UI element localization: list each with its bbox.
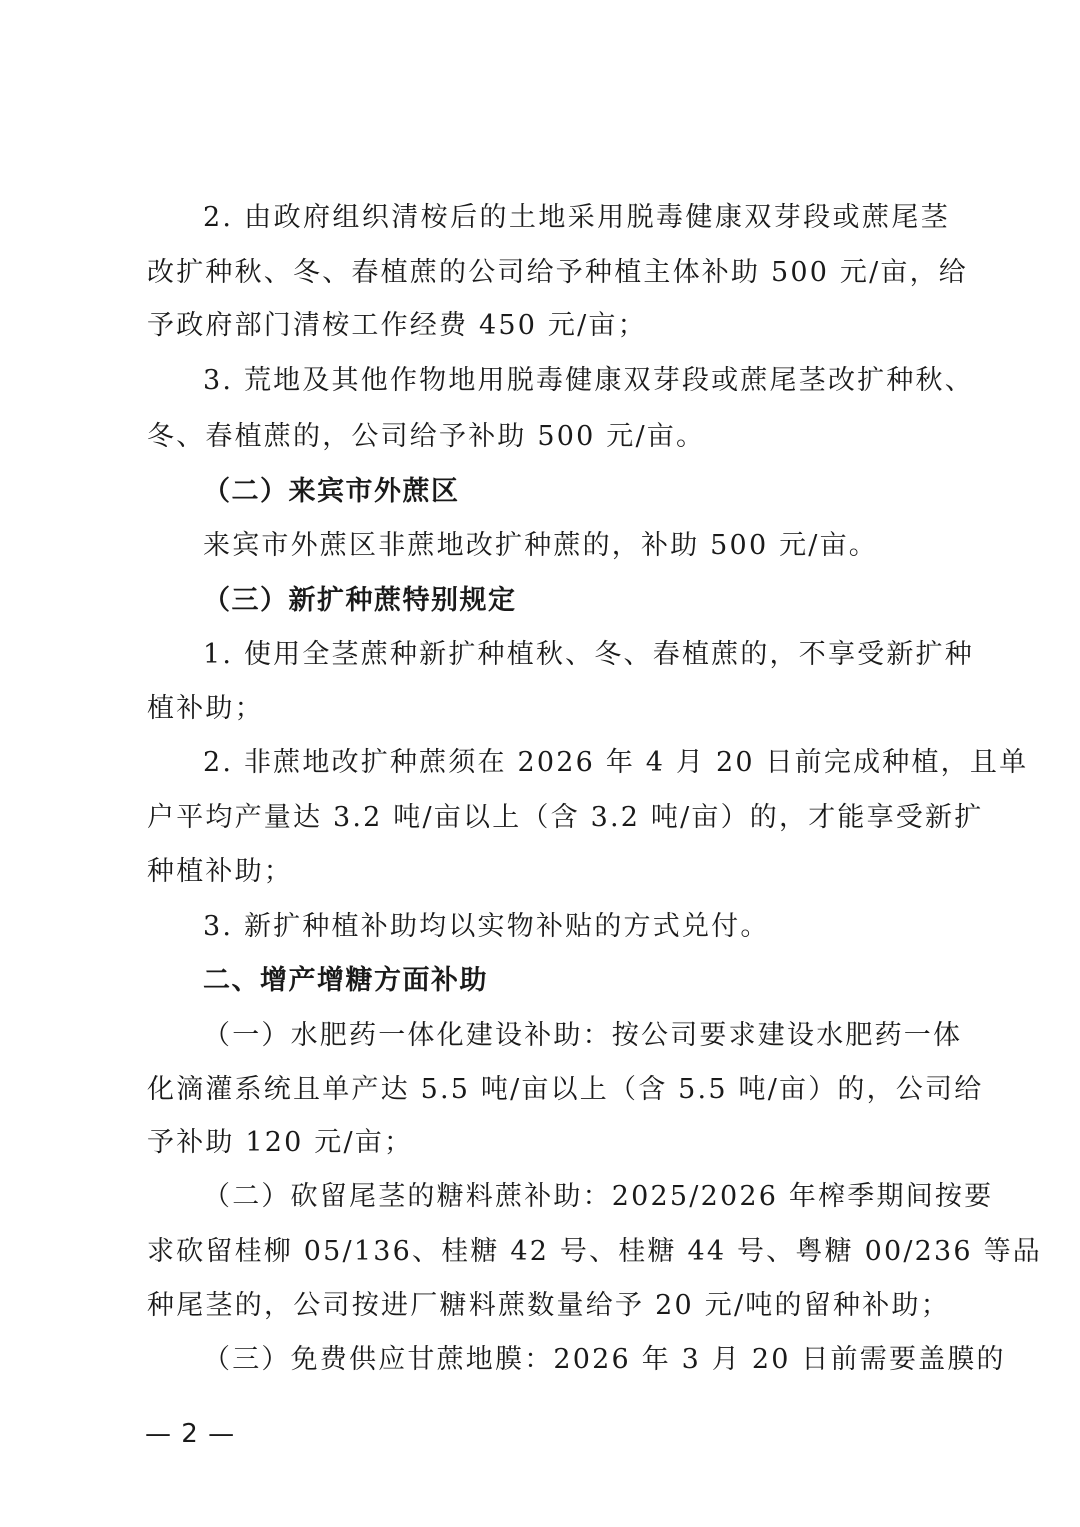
paragraph-line: 予政府部门清桉工作经费 450 元/亩；	[147, 306, 950, 346]
paragraph-line: （三）免费供应甘蔗地膜：2026 年 3 月 20 日前需要盖膜的	[203, 1340, 950, 1380]
paragraph-line: 3. 新扩种植补助均以实物补贴的方式兑付。	[203, 907, 950, 947]
paragraph-line: 植补助；	[147, 689, 950, 729]
paragraph-line: 求砍留桂柳 05/136、桂糖 42 号、桂糖 44 号、粤糖 00/236 等…	[147, 1232, 950, 1272]
paragraph-line: （二）砍留尾茎的糖料蔗补助：2025/2026 年榨季期间按要	[203, 1177, 950, 1217]
paragraph-line: 2. 非蔗地改扩种蔗须在 2026 年 4 月 20 日前完成种植，且单	[203, 743, 950, 783]
paragraph-line: 1. 使用全茎蔗种新扩种植秋、冬、春植蔗的，不享受新扩种	[203, 635, 950, 675]
paragraph-line: 予补助 120 元/亩；	[147, 1123, 950, 1163]
paragraph-line: 2. 由政府组织清桉后的土地采用脱毒健康双芽段或蔗尾茎	[203, 198, 950, 238]
section-heading: 二、增产增糖方面补助	[203, 961, 950, 1001]
document-page: 2. 由政府组织清桉后的土地采用脱毒健康双芽段或蔗尾茎 改扩种秋、冬、春植蔗的公…	[0, 0, 1080, 1527]
paragraph-line: 3. 荒地及其他作物地用脱毒健康双芽段或蔗尾茎改扩种秋、	[203, 361, 950, 401]
paragraph-line: 冬、春植蔗的，公司给予补助 500 元/亩。	[147, 417, 950, 457]
page-number: — 2 —	[145, 1418, 235, 1450]
paragraph-line: 化滴灌系统且单产达 5.5 吨/亩以上（含 5.5 吨/亩）的，公司给	[147, 1070, 950, 1110]
paragraph-line: 来宾市外蔗区非蔗地改扩种蔗的，补助 500 元/亩。	[203, 526, 950, 566]
paragraph-line: 户平均产量达 3.2 吨/亩以上（含 3.2 吨/亩）的，才能享受新扩	[147, 798, 950, 838]
section-heading: （三）新扩种蔗特别规定	[203, 581, 950, 621]
paragraph-line: 改扩种秋、冬、春植蔗的公司给予种植主体补助 500 元/亩，给	[147, 253, 950, 293]
paragraph-line: （一）水肥药一体化建设补助：按公司要求建设水肥药一体	[203, 1016, 950, 1056]
paragraph-line: 种尾茎的，公司按进厂糖料蔗数量给予 20 元/吨的留种补助；	[147, 1286, 950, 1326]
paragraph-line: 种植补助；	[147, 852, 950, 892]
section-heading: （二）来宾市外蔗区	[203, 472, 950, 512]
